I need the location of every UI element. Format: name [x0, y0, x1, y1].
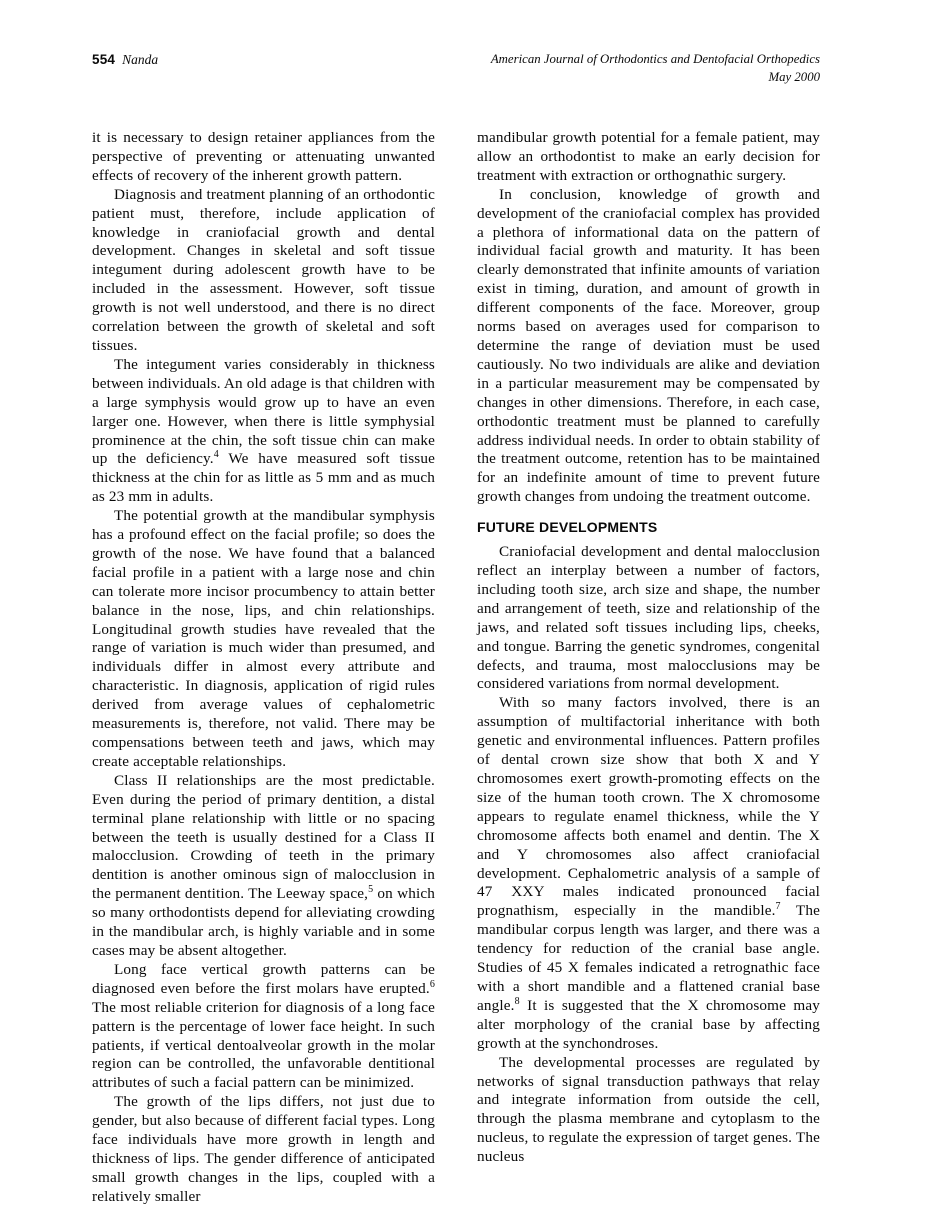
paragraph: mandibular growth potential for a female… — [477, 129, 820, 186]
page-number: 554 — [92, 52, 115, 67]
paragraph: The integument varies considerably in th… — [92, 356, 435, 507]
paragraph: The potential growth at the mandibular s… — [92, 507, 435, 772]
paragraph: Class II relationships are the most pred… — [92, 772, 435, 961]
left-column: it is necessary to design retainer appli… — [92, 129, 435, 1207]
paragraph: Diagnosis and treatment planning of an o… — [92, 186, 435, 356]
right-column: mandibular growth potential for a female… — [477, 129, 820, 1207]
running-head-right: American Journal of Orthodontics and Den… — [491, 51, 820, 86]
author-name: Nanda — [122, 52, 158, 67]
paragraph: In conclusion, knowledge of growth and d… — [477, 186, 820, 507]
paragraph: With so many factors involved, there is … — [477, 694, 820, 1053]
running-head-left: 554Nanda — [92, 51, 158, 68]
journal-title: American Journal of Orthodontics and Den… — [491, 51, 820, 69]
issue-date: May 2000 — [491, 69, 820, 87]
journal-page: 554Nanda American Journal of Orthodontic… — [0, 0, 950, 1230]
article-body: it is necessary to design retainer appli… — [92, 129, 820, 1207]
paragraph: The developmental processes are regulate… — [477, 1054, 820, 1167]
section-heading: FUTURE DEVELOPMENTS — [477, 519, 820, 535]
paragraph: Long face vertical growth patterns can b… — [92, 961, 435, 1093]
paragraph: The growth of the lips differs, not just… — [92, 1093, 435, 1206]
paragraph: Craniofacial development and dental malo… — [477, 543, 820, 694]
paragraph: it is necessary to design retainer appli… — [92, 129, 435, 186]
running-head: 554Nanda American Journal of Orthodontic… — [92, 51, 820, 86]
